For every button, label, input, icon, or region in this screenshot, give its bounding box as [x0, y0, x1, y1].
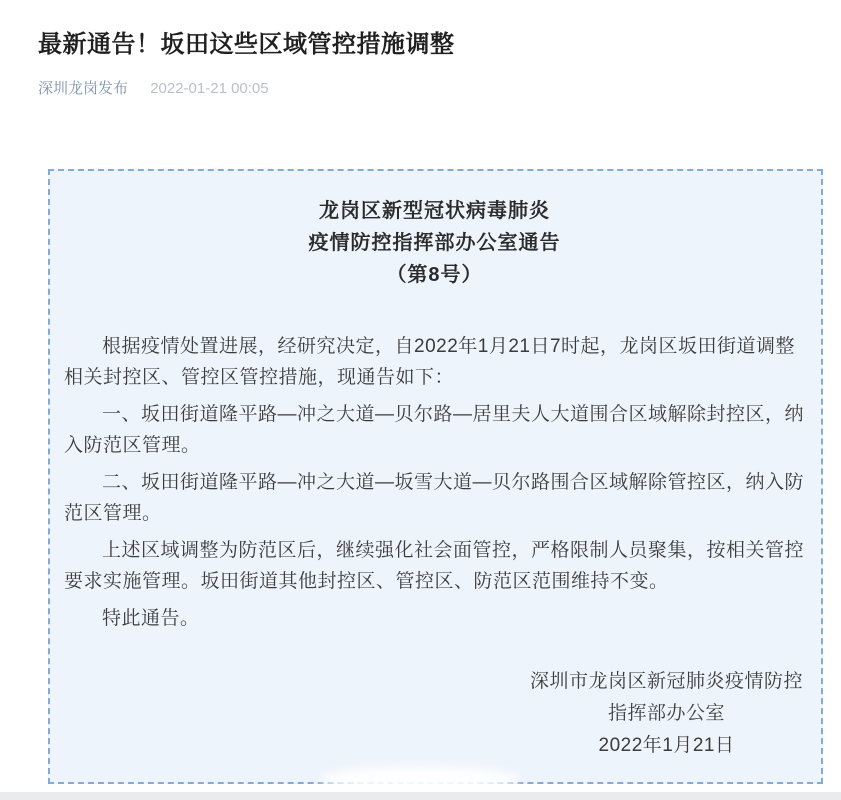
- notice-heading-line-2: 疫情防控指挥部办公室通告: [64, 227, 805, 259]
- notice-paragraph-measures: 上述区域调整为防范区后，继续强化社会面管控，严格限制人员聚集，按相关管控要求实施…: [64, 535, 805, 597]
- notice-paragraph-item-1: 一、坂田街道隆平路—冲之大道—贝尔路—居里夫人大道围合区域解除封控区，纳入防范区…: [64, 399, 805, 461]
- notice-body: 根据疫情处置进展，经研究决定，自2022年1月21日7时起，龙岗区坂田街道调整相…: [64, 331, 805, 634]
- notice-paragraph-item-2: 二、坂田街道隆平路—冲之大道—坂雪大道—贝尔路围合区域解除管控区，纳入防范区管理…: [64, 467, 805, 529]
- notice-paragraph-intro: 根据疫情处置进展，经研究决定，自2022年1月21日7时起，龙岗区坂田街道调整相…: [64, 331, 805, 393]
- notice-heading-line-1: 龙岗区新型冠状病毒肺炎: [64, 195, 805, 227]
- bottom-edge-strip: [0, 792, 841, 800]
- signature-org-line-2: 指挥部办公室: [530, 698, 803, 730]
- notice-heading-number: （第8号）: [64, 259, 805, 291]
- signature-org-line-1: 深圳市龙岗区新冠肺炎疫情防控: [530, 666, 803, 698]
- page-title: 最新通告！坂田这些区域管控措施调整: [38, 30, 821, 60]
- article-header: 最新通告！坂田这些区域管控措施调整 深圳龙岗发布 2022-01-21 00:0…: [0, 0, 841, 98]
- notice-heading: 龙岗区新型冠状病毒肺炎 疫情防控指挥部办公室通告 （第8号）: [64, 195, 805, 291]
- article-meta: 深圳龙岗发布 2022-01-21 00:05: [38, 80, 821, 98]
- notice-box: 龙岗区新型冠状病毒肺炎 疫情防控指挥部办公室通告 （第8号） 根据疫情处置进展，…: [48, 169, 823, 784]
- article-page: { "page": { "title": "最新通告！坂田这些区域管控措施调整"…: [0, 0, 841, 800]
- notice-signature: 深圳市龙岗区新冠肺炎疫情防控 指挥部办公室 2022年1月21日: [64, 666, 803, 762]
- publish-timestamp: 2022-01-21 00:05: [150, 80, 268, 97]
- signature-block: 深圳市龙岗区新冠肺炎疫情防控 指挥部办公室 2022年1月21日: [530, 666, 803, 762]
- publisher-link[interactable]: 深圳龙岗发布: [38, 80, 128, 97]
- signature-date: 2022年1月21日: [530, 730, 803, 762]
- notice-paragraph-closing: 特此通告。: [64, 603, 805, 634]
